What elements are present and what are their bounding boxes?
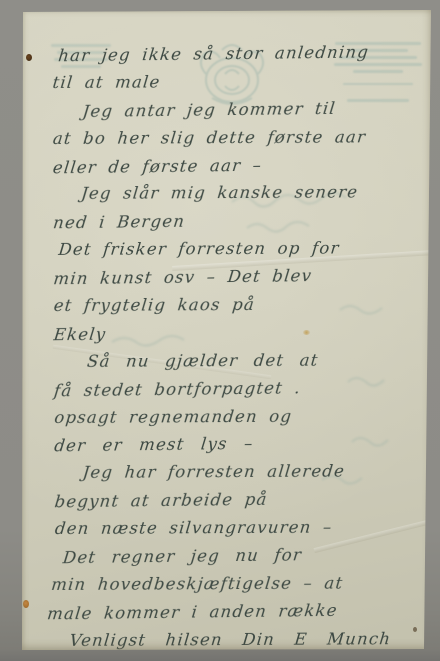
backdrop-shadow-band: [0, 648, 440, 661]
handwritten-line: male kommer i anden række: [46, 596, 423, 628]
handwritten-line: få stedet bortforpagtet .: [53, 372, 422, 404]
handwritten-line: der er mest lys –: [53, 428, 422, 460]
handwritten-line: Jeg har forresten allerede: [53, 457, 422, 487]
handwritten-line: begynt at arbeide på: [53, 484, 422, 516]
handwritten-line: et frygtelig kaos på: [52, 290, 421, 320]
handwritten-line: Det regner jeg nu for: [53, 540, 422, 572]
rust-spot-stain: [23, 600, 29, 608]
handwritten-line: opsagt regnemanden og: [53, 402, 422, 432]
handwritten-line: Det frisker forresten op for: [52, 234, 421, 264]
handwritten-line: Jeg antar jeg kommer til: [51, 94, 420, 126]
handwritten-line: eller de første aar –: [51, 149, 420, 181]
handwritten-line: har jeg ikke så stor anledning: [51, 38, 420, 70]
handwritten-line: ned i Bergen: [52, 205, 421, 237]
handwritten-line: Jeg slår mig kanske senere: [52, 178, 421, 208]
handwritten-line: den næste silvangravuren –: [54, 513, 423, 543]
letter-body: har jeg ikke så stor anledningtil at mal…: [52, 39, 421, 655]
ink-spot-stain: [26, 54, 32, 61]
handwritten-line: Så nu gjælder det at: [53, 346, 422, 376]
handwritten-line: at bo her slig dette første aar: [52, 123, 421, 153]
letter-page: har jeg ikke så stor anledningtil at mal…: [22, 10, 432, 650]
handwritten-line: min kunst osv – Det blev: [52, 261, 421, 293]
handwritten-line: Ekely: [52, 317, 421, 349]
handwritten-line: min hovedbeskjæftigelse – at: [50, 569, 423, 599]
handwritten-line: til at male: [51, 67, 420, 97]
photo-backdrop: har jeg ikke så stor anledningtil at mal…: [0, 0, 440, 661]
